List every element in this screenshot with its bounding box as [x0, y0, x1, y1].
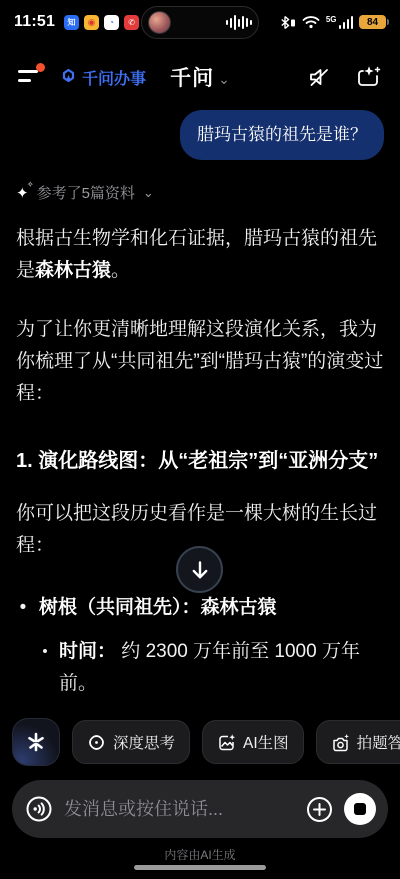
qwen-skills-button[interactable] [12, 718, 60, 766]
voice-input-button[interactable] [24, 794, 54, 824]
sub-bullet-list: • 时间： 约 2300 万年前至 1000 万年前。 • 地位： 它们是人类和… [39, 636, 384, 712]
weibo-notification-icon: ◉ [84, 15, 99, 30]
voice-icon [25, 795, 53, 823]
deep-think-label: 深度思考 [113, 731, 175, 753]
qwen-banshi-logo-icon [60, 69, 77, 86]
deep-think-icon [87, 733, 106, 752]
bullet-marker: • [16, 592, 30, 712]
speaker-muted-icon [307, 65, 331, 89]
list-item: • 时间： 约 2300 万年前至 1000 万年前。 [39, 636, 384, 700]
zhihu-notification-icon: 知 [64, 15, 79, 30]
app-header: 千问办事 千问 ⌄ [0, 50, 400, 104]
plus-icon [306, 796, 333, 823]
new-chat-button[interactable] [356, 64, 382, 90]
list-item: • 地位： 它们是人类和现代类人猿的共同祖先。它们广泛分布于非洲、欧洲和亚洲，是… [39, 710, 384, 712]
menu-button[interactable] [18, 66, 44, 88]
ai-disclaimer: 内容由AI生成 [0, 846, 400, 863]
model-selector[interactable]: 千问 ⌄ [170, 62, 230, 92]
bullet-list: • 树根（共同祖先）：森林古猿 • 时间： 约 2300 万年前至 1000 万… [16, 592, 384, 712]
qwen-banshi-label: 千问办事 [82, 66, 146, 89]
avatar [148, 11, 171, 34]
bullet-marker: • [39, 710, 51, 712]
mute-button[interactable] [306, 64, 332, 90]
home-indicator[interactable] [134, 865, 266, 870]
wifi-icon [302, 15, 320, 29]
references-toggle[interactable]: ✦ 参考了5篇资料 ⌄ [0, 160, 400, 223]
paragraph-2: 为了让你更清晰地理解这段演化关系，我为你梳理了从“共同祖先”到“腊玛古猿”的演变… [16, 314, 384, 410]
status-left: 11:51 知 ◉ ◔ ✆ [14, 13, 139, 31]
camera-sparkle-icon [331, 733, 350, 752]
notification-dot [36, 63, 45, 72]
deep-think-button[interactable]: 深度思考 [72, 720, 190, 764]
ai-image-button[interactable]: AI生图 [202, 720, 304, 764]
quick-actions-toolbar: 深度思考 AI生图 拍题答疑 [12, 718, 400, 766]
chevron-down-icon: ⌄ [218, 71, 230, 88]
quark-notification-icon: ◔ [104, 15, 119, 30]
cellular-signal-icon: 5G [326, 16, 353, 29]
telecom-notification-icon: ✆ [124, 15, 139, 30]
chat-scroll-area[interactable]: 腊玛古猿的祖先是谁？ ✦ 参考了5篇资料 ⌄ 根据古生物学和化石证据，腊玛古猿的… [0, 106, 400, 712]
ai-image-icon [217, 733, 236, 752]
qwen-asterisk-icon [25, 731, 47, 753]
stop-generating-button[interactable] [344, 793, 376, 825]
assistant-message: 根据古生物学和化石证据，腊玛古猿的祖先是森林古猿。 为了让你更清晰地理解这段演化… [0, 223, 400, 712]
page-title: 千问 [170, 62, 214, 92]
message-composer [12, 780, 388, 838]
bullet-marker: • [39, 636, 51, 700]
new-chat-sparkle-icon [356, 64, 382, 90]
user-message-bubble[interactable]: 腊玛古猿的祖先是谁？ [180, 110, 384, 160]
list-item: • 树根（共同祖先）：森林古猿 • 时间： 约 2300 万年前至 1000 万… [16, 592, 384, 712]
arrow-down-icon [189, 559, 211, 581]
battery-indicator: 84 [359, 15, 386, 29]
photo-qa-button[interactable]: 拍题答疑 [316, 720, 400, 764]
attach-button[interactable] [304, 794, 334, 824]
bluetooth-icon [280, 15, 296, 30]
dynamic-island[interactable] [141, 6, 259, 39]
references-label: 参考了5篇资料 [37, 182, 135, 203]
photo-qa-label: 拍题答疑 [357, 731, 400, 753]
scroll-to-bottom-button[interactable] [176, 546, 223, 593]
status-right: 5G 84 [280, 15, 386, 30]
ai-image-label: AI生图 [243, 731, 289, 753]
clock: 11:51 [14, 13, 55, 31]
audio-waveform-icon [226, 15, 252, 31]
status-bar: 11:51 知 ◉ ◔ ✆ 5G [0, 0, 400, 44]
stop-icon [354, 803, 366, 815]
chevron-down-icon: ⌄ [143, 185, 154, 201]
qwen-banshi-button[interactable]: 千问办事 [60, 66, 146, 89]
paragraph-1: 根据古生物学和化石证据，腊玛古猿的祖先是森林古猿。 [16, 223, 384, 287]
section-heading: 1. 演化路线图：从“老祖宗”到“亚洲分支” [16, 446, 384, 476]
message-input[interactable] [64, 799, 304, 820]
sparkle-icon: ✦ [16, 184, 29, 202]
